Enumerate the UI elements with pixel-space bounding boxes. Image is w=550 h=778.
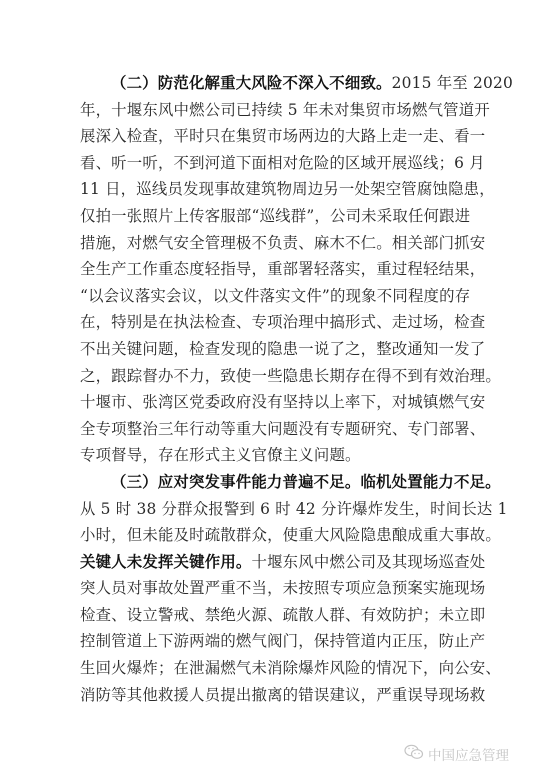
section-3-heading: （三）应对突发事件能力普遍不足。临机处置能力不足。: [111, 473, 501, 491]
text-line: 在，特别是在执法检查、专项治理中搞形式、走过场，检查: [80, 309, 446, 336]
section-3-subheading: 关键人未发挥关键作用。: [80, 553, 252, 571]
text-line: 11 日，巡线员发现事故建筑物周边另一处架空管腐蚀隐患，: [80, 176, 446, 203]
text-line: 突人员对事故处置严重不当，未按照专项应急预案实施现场: [80, 575, 446, 602]
text-line: 仅拍一张照片上传客服部“巡线群”，公司未采取任何跟进: [80, 203, 446, 230]
text-line: 之，跟踪督办不力，致使一些隐患长期存在得不到有效治理。: [80, 363, 446, 390]
text-line: 全专项整治三年行动等重大问题没有专题研究、专门部署、: [80, 416, 446, 443]
section-3-subheading-line: 关键人未发挥关键作用。十堰东风中燃公司及其现场巡查处: [80, 549, 446, 576]
text-line: 十堰市、张湾区党委政府没有坚持以上率下，对城镇燃气安: [80, 389, 446, 416]
text-line: 不出关键问题，检查发现的隐患一说了之，整改通知一发了: [80, 336, 446, 363]
text-line: 措施，对燃气安全管理极不负责、麻木不仁。相关部门抓安: [80, 230, 446, 257]
text-line: 检查、设立警戒、禁绝火源、疏散人群、有效防护；未立即: [80, 602, 446, 629]
text-line: 小时，但未能及时疏散群众，使重大风险隐患酿成重大事故。: [80, 522, 446, 549]
text-line: 2015 年至 2020: [392, 74, 513, 92]
text-line: 年，十堰东风中燃公司已持续 5 年未对集贸市场燃气管道开: [80, 97, 446, 124]
section-2-heading: （二）防范化解重大风险不深入不细致。: [111, 74, 392, 92]
wechat-icon: [404, 744, 424, 764]
text-line: 从 5 时 38 分群众报警到 6 时 42 分许爆炸发生，时间长达 1: [80, 496, 446, 523]
text-line: 十堰东风中燃公司及其现场巡查处: [252, 553, 486, 571]
section-3-first-line: （三）应对突发事件能力普遍不足。临机处置能力不足。: [80, 469, 446, 496]
watermark-text: 中国应急管理: [428, 744, 509, 764]
text-line: 专项督导，存在形式主义官僚主义问题。: [80, 442, 446, 469]
section-2-first-line: （二）防范化解重大风险不深入不细致。2015 年至 2020: [80, 70, 446, 97]
text-line: 展深入检查，平时只在集贸市场两边的大路上走一走、看一: [80, 123, 446, 150]
text-line: 看、听一听，不到河道下面相对危险的区域开展巡线；6 月: [80, 150, 446, 177]
text-line: 控制管道上下游两端的燃气阀门，保持管道内正压，防止产: [80, 628, 446, 655]
text-line: 全生产工作重态度轻指导，重部署轻落实，重过程轻结果，: [80, 256, 446, 283]
watermark: 中国应急管理: [404, 744, 509, 764]
text-line: 消防等其他救援人员提出撤离的错误建议，严重误导现场救: [80, 682, 446, 709]
text-line: 生回火爆炸；在泄漏燃气未消除爆炸风险的情况下，向公安、: [80, 655, 446, 682]
text-line: “以会议落实会议，以文件落实文件”的现象不同程度的存: [80, 283, 446, 310]
document-page: （二）防范化解重大风险不深入不细致。2015 年至 2020 年，十堰东风中燃公…: [80, 70, 446, 708]
